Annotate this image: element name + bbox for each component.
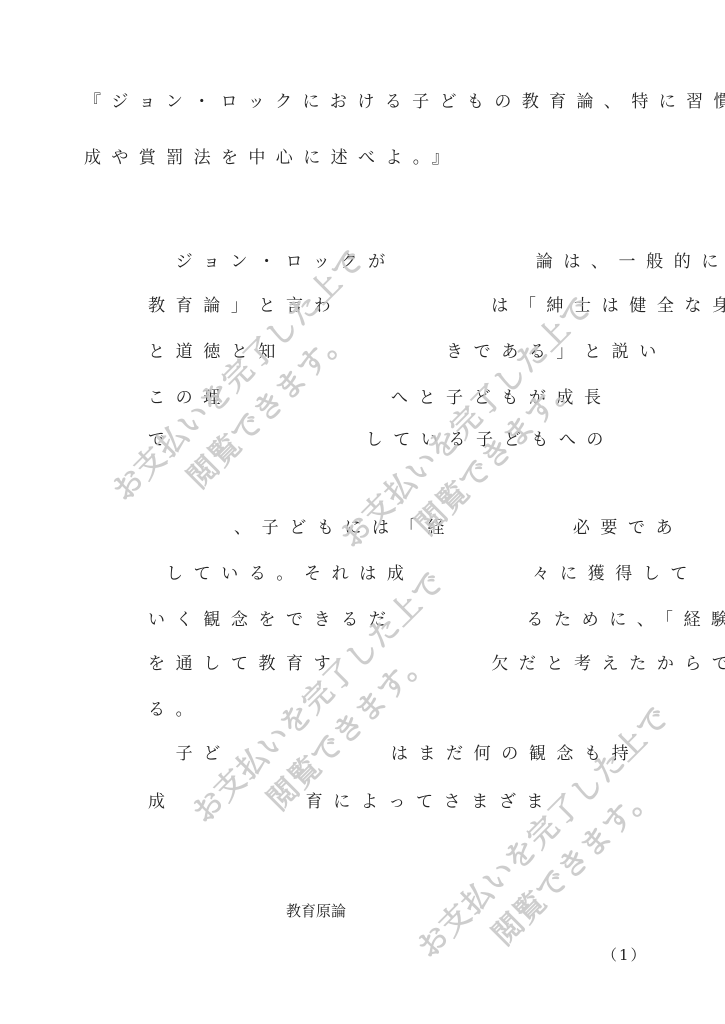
- body-text-fragment: 必要であ: [573, 518, 683, 538]
- question-title-line-2: 成や賞罰法を中心に述べよ。』: [84, 148, 459, 168]
- body-text-fragment: で: [148, 430, 176, 450]
- body-text-fragment: と道徳と知: [148, 342, 286, 362]
- body-text-fragment: るために、「経験」: [526, 610, 725, 630]
- question-title-line-1: 『ジョン・ロックにおける子どもの教育論、特に習慣形: [84, 92, 725, 112]
- body-text-fragment: を通して教育す: [148, 654, 341, 674]
- body-text-fragment: この理: [148, 388, 231, 408]
- body-text-fragment: る。: [148, 700, 203, 720]
- body-text-fragment: きである」と説い: [446, 342, 667, 362]
- body-text-fragment: している子どもへの: [366, 430, 614, 450]
- body-text-fragment: ジョン・ロックが: [148, 252, 396, 272]
- body-text-fragment: 々に獲得して: [532, 564, 698, 584]
- body-text-fragment: 論は、一般的に「紳士: [536, 252, 725, 272]
- body-text-fragment: 育によってさまざま: [306, 792, 554, 812]
- body-text-fragment: はまだ何の観念も持: [391, 744, 639, 764]
- footer-subject-label: 教育原論: [286, 900, 346, 921]
- body-text-fragment: 成: [148, 792, 176, 812]
- body-text-fragment: 子ど: [148, 744, 231, 764]
- body-line: でしている子どもへの食: [84, 410, 725, 472]
- body-text-fragment: している。それは成: [166, 564, 414, 584]
- page-number: （1）: [602, 944, 648, 965]
- body-text-fragment: いく観念をできるだ: [148, 610, 396, 630]
- body-text-fragment: 教育論」と言わ: [148, 296, 341, 316]
- document-page: 『ジョン・ロックにおける子どもの教育論、特に習慣形 成や賞罰法を中心に述べよ。』…: [0, 0, 725, 1024]
- body-text-fragment: へと子どもが成長: [391, 388, 612, 408]
- body-text-fragment: 欠だと考えたからで: [491, 654, 725, 674]
- body-text-fragment: 、子どもには「経: [234, 518, 455, 538]
- body-text-fragment: は「紳士は健全な身体: [491, 296, 725, 316]
- body-line: 成育によってさまざま: [84, 772, 554, 832]
